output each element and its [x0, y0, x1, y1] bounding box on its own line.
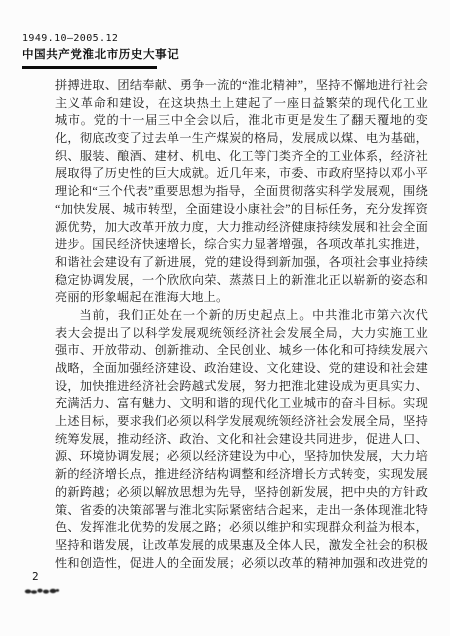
text-line: 强市、开放带动、创新推动、全民创业、城乡一体化和可持续发展六大: [55, 342, 428, 360]
text-line: 和谐社会建设有了新进展，党的建设得到新加强，各项社会事业持续: [55, 254, 428, 272]
page-header: 1949.10—2005.12 中国共产党淮北市历史大事记: [22, 33, 179, 69]
body-text-block: 拼搏进取、团结奉献、勇争一流的“淮北精神”，坚持不懈地进行社会 主义革命和建设，…: [55, 77, 428, 572]
text-line: 性和创造性，促进人的全面发展；必须以改革的精神加强和改进党的: [55, 555, 428, 573]
scanned-book-page: 1949.10—2005.12 中国共产党淮北市历史大事记 拼搏进取、团结奉献、…: [0, 0, 450, 636]
header-book-title: 中国共产党淮北市历史大事记: [22, 46, 179, 62]
text-line: 城市。党的十一届三中全会以后，淮北市更是发生了翻天覆地的变: [55, 112, 428, 130]
header-rule: [22, 66, 157, 69]
text-line: 拼搏进取、团结奉献、勇争一流的“淮北精神”，坚持不懈地进行社会: [55, 77, 428, 95]
text-line: 战略，全面加强经济建设、政治建设、文化建设、党的建设和社会建: [55, 360, 428, 378]
text-line: 充满活力、富有魅力、文明和谐的现代化工业城市的奋斗目标。实现: [55, 395, 428, 413]
text-line: 坚持和谐发展，让改革发展的成果惠及全体人民，激发全社会的积极: [55, 537, 428, 555]
text-line: 源、环境协调发展；必须以经济建设为中心，坚持加快发展，大力培育: [55, 448, 428, 466]
text-line-paragraph-start: 当前，我们正处在一个新的历史起点上。中共淮北市第六次代: [55, 307, 428, 325]
text-line: 统筹发展，推动经济、政治、文化和社会建设共同进步，促进人口、资: [55, 431, 428, 449]
page-number: 2: [32, 570, 39, 583]
text-line: 稳定协调发展，一个欣欣向荣、蒸蒸日上的新淮北正以崭新的姿态和: [55, 272, 428, 290]
text-line: 策、省委的决策部署与淮北实际紧密结合起来，走出一条体现淮北特: [55, 502, 428, 520]
text-line-paragraph-end: 亮丽的形象崛起在淮海大地上。: [55, 289, 428, 307]
text-line: 主义革命和建设，在这块热土上建起了一座日益繁荣的现代化工业: [55, 95, 428, 113]
text-line: 色、发挥淮北优势的发展之路；必须以维护和实现群众利益为根本，: [55, 519, 428, 537]
header-date-range: 1949.10—2005.12: [22, 33, 179, 44]
text-line: 的新跨越；必须以解放思想为先导，坚持创新发展，把中央的方针政: [55, 484, 428, 502]
text-line: 理论和“三个代表”重要思想为指导，全面贯彻落实科学发展观，围绕: [55, 183, 428, 201]
text-line: 上述目标，要求我们必须以科学发展观统领经济社会发展全局，坚持: [55, 413, 428, 431]
text-line: 表大会提出了以科学发展观统领经济社会发展全局，大力实施工业: [55, 325, 428, 343]
text-line: 进步。国民经济快速增长，综合实力显著增强，各项改革扎实推进，: [55, 236, 428, 254]
text-line: 源优势，加大改革开放力度，大力推动经济健康持续发展和社会全面: [55, 219, 428, 237]
text-line: 化，彻底改变了过去单一生产煤炭的格局，发展成以煤、电为基础，纺: [55, 130, 428, 148]
text-line: 织、服装、酿酒、建材、机电、化工等门类齐全的工业体系，经济社会发: [55, 148, 428, 166]
text-line: 新的经济增长点，推进经济结构调整和经济增长方式转变，实现发展: [55, 466, 428, 484]
text-line: 设，加快推进经济社会跨越式发展，努力把淮北建设成为更具实力、: [55, 378, 428, 396]
text-line: 展取得了历史性的巨大成就。近几年来，市委、市政府坚持以邓小平: [55, 165, 428, 183]
text-line: “加快发展、城市转型，全面建设小康社会”的目标任务，充分发挥资: [55, 201, 428, 219]
ink-smudge-icon: [24, 586, 60, 596]
